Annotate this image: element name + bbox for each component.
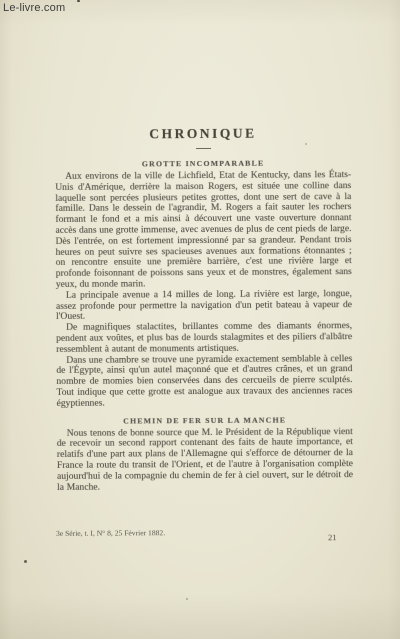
paper-speck — [77, 0, 80, 2]
watermark: Le-livre.com — [3, 2, 65, 14]
section-heading-grotte-incomparable: GROTTE INCOMPARABLE — [55, 158, 351, 169]
paper-speck — [24, 560, 27, 563]
page-content: CHRONIQUE GROTTE INCOMPARABLE Aux enviro… — [55, 125, 353, 493]
paragraph: Aux environs de la ville de Lichfield, E… — [55, 170, 352, 291]
section-heading-chemin-de-fer: CHEMIN DE FER SUR LA MANCHE — [57, 415, 353, 426]
title-divider — [196, 148, 211, 149]
paper-speck — [186, 598, 188, 600]
footer-edition: 3e Série, t. I, N° 8, 25 Février 1882. — [56, 528, 165, 538]
page-title: CHRONIQUE — [55, 125, 351, 143]
paragraph: La principale avenue a 14 milles de long… — [56, 289, 352, 323]
page-footer: 3e Série, t. I, N° 8, 25 Février 1882. 2… — [56, 527, 352, 538]
footer-page-number: 21 — [328, 532, 337, 542]
paragraph: De magnifiques stalactites, brillantes c… — [56, 321, 352, 355]
paragraph: Nous tenons de bonne source que M. le Pr… — [57, 427, 353, 494]
paragraph: Dans une chambre se trouve une pyramide … — [56, 354, 352, 410]
scanned-page: Le-livre.com CHRONIQUE GROTTE INCOMPARAB… — [0, 0, 400, 639]
